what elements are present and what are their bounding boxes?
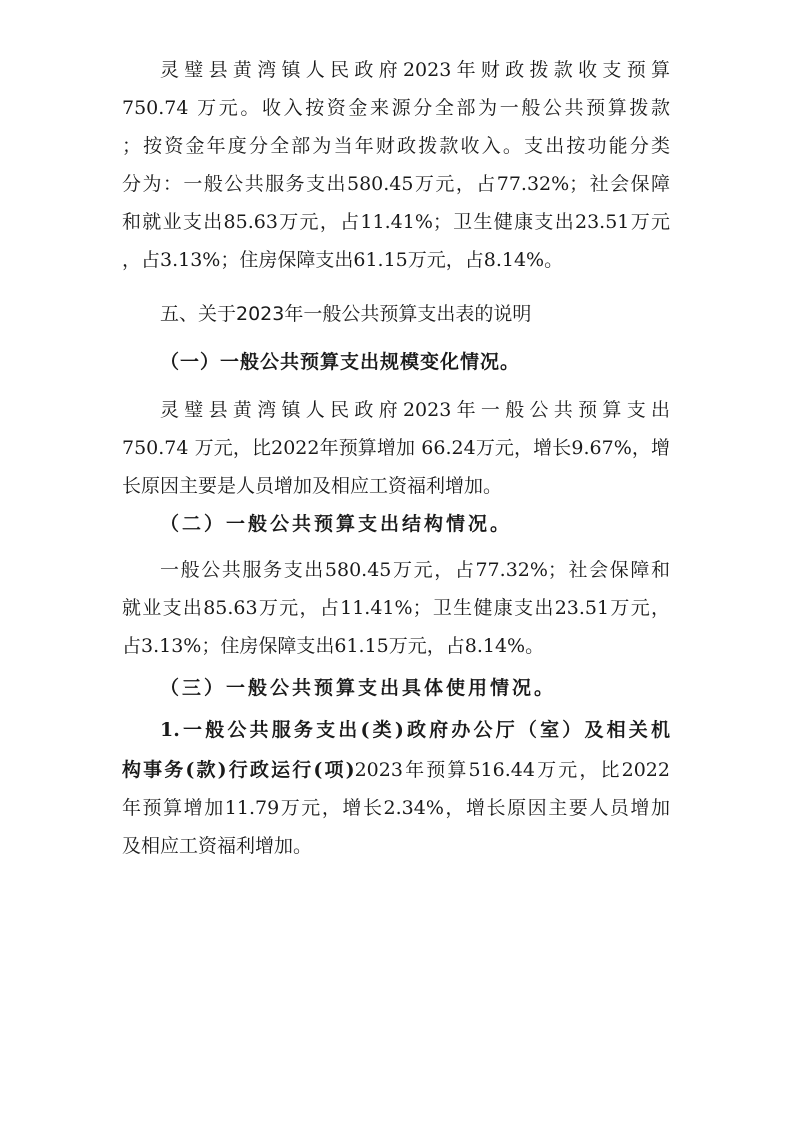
item-1-category-label: 构事务(款)行政运行(项) bbox=[122, 759, 355, 781]
paragraph-1-line-4: 分为：一般公共服务支出580.45万元，占77.32%；社会保障 bbox=[122, 172, 670, 196]
subsection-1-line-1: 灵璧县黄湾镇人民政府2023年一般公共预算支出 bbox=[160, 398, 670, 422]
paragraph-1-line-1: 灵璧县黄湾镇人民政府2023年财政拨款收支预算 bbox=[160, 58, 670, 82]
paragraph-1-line-5: 和就业支出85.63万元，占11.41%；卫生健康支出23.51万元 bbox=[122, 210, 670, 234]
subsection-2-line-2: 就业支出85.63万元，占11.41%；卫生健康支出23.51万元， bbox=[122, 596, 670, 620]
section-5-title: 五、关于2023年一般公共预算支出表的说明 bbox=[160, 302, 670, 326]
subsection-3-item-1-line-1: 1.一般公共服务支出(类)政府办公厅（室）及相关机 bbox=[160, 718, 670, 742]
subsection-2-line-1: 一般公共服务支出580.45万元，占77.32%；社会保障和 bbox=[160, 558, 670, 582]
subsection-2-line-3: 占3.13%；住房保障支出61.15万元，占8.14%。 bbox=[122, 634, 670, 658]
subsection-2-title: （二）一般公共预算支出结构情况。 bbox=[160, 512, 670, 536]
subsection-3-item-1-line-4: 及相应工资福利增加。 bbox=[122, 834, 670, 858]
subsection-1-line-3: 长原因主要是人员增加及相应工资福利增加。 bbox=[122, 474, 670, 498]
subsection-3-item-1-line-3: 年预算增加11.79万元，增长2.34%，增长原因主要人员增加 bbox=[122, 796, 670, 820]
paragraph-1-line-6: ，占3.13%；住房保障支出61.15万元，占8.14%。 bbox=[122, 248, 670, 272]
subsection-3-title: （三）一般公共预算支出具体使用情况。 bbox=[160, 676, 670, 700]
subsection-1-line-2: 750.74 万元，比2022年预算增加 66.24万元，增长9.67%，增 bbox=[122, 436, 670, 460]
document-page: 灵璧县黄湾镇人民政府2023年财政拨款收支预算 750.74 万元。收入按资金来… bbox=[0, 0, 793, 1122]
paragraph-1-line-2: 750.74 万元。收入按资金来源分全部为一般公共预算拨款 bbox=[122, 96, 670, 120]
subsection-1-title: （一）一般公共预算支出规模变化情况。 bbox=[160, 350, 670, 374]
subsection-3-item-1-line-2: 构事务(款)行政运行(项)2023年预算516.44万元，比2022 bbox=[122, 758, 670, 782]
paragraph-1-line-3: ；按资金年度分全部为当年财政拨款收入。支出按功能分类 bbox=[122, 134, 670, 158]
item-1-budget-text: 2023年预算516.44万元，比2022 bbox=[355, 759, 670, 781]
